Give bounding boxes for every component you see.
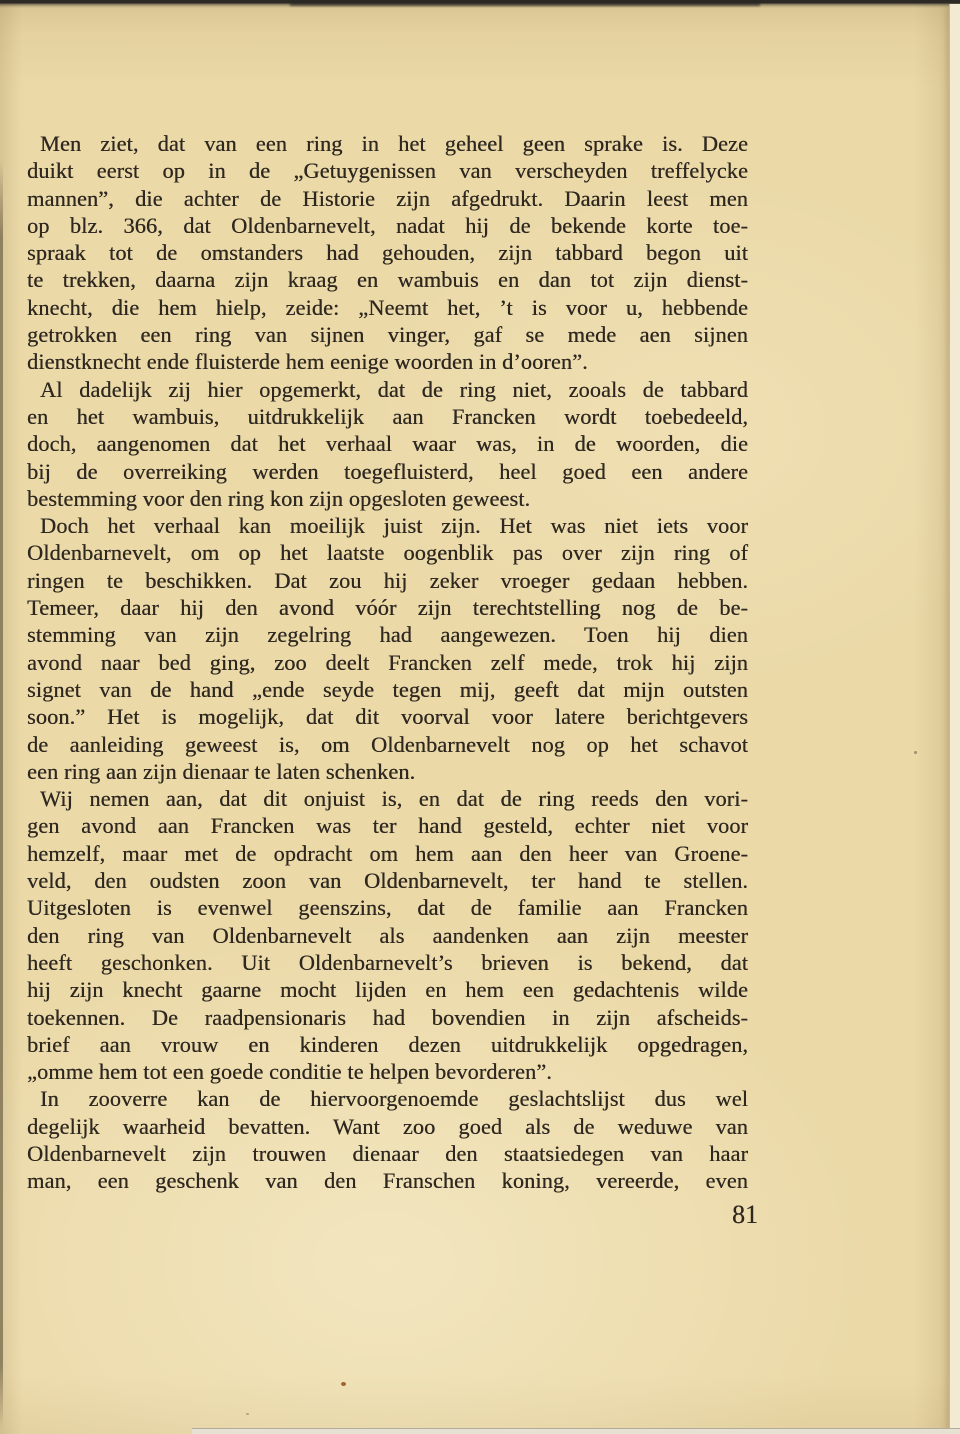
text-line: signet van de hand „ende seyde tegen mij… (27, 676, 748, 703)
text-line: In zooverre kan de hiervoorgenoemde gesl… (27, 1085, 748, 1112)
text-line: Doch het verhaal kan moeilijk juist zijn… (27, 512, 748, 539)
text-line: Temeer, daar hij den avond vóór zijn ter… (27, 594, 748, 621)
page-right-edge (949, 4, 960, 1434)
text-line: bestemming voor den ring kon zijn opgesl… (27, 485, 748, 512)
text-line: soon.” Het is mogelijk, dat dit voorval … (27, 703, 748, 730)
text-line: bij de overreiking werden toegefluisterd… (27, 458, 748, 485)
scan-top-edge (0, 0, 960, 8)
text-line: en het wambuis, uitdrukkelijk aan Franck… (27, 403, 748, 430)
text-line: gen avond aan Francken was ter hand gest… (27, 812, 748, 839)
text-line: Uitgesloten is evenwel geenszins, dat de… (27, 894, 748, 921)
paper-speck (341, 1382, 346, 1386)
text-line: den ring van Oldenbarnevelt als aandenke… (27, 922, 748, 949)
text-line: ringen te beschikken. Dat zou hij zeker … (27, 567, 748, 594)
text-line: degelijk waarheid bevatten. Want zoo goe… (27, 1113, 748, 1140)
text-line: veld, den oudsten zoon van Oldenbarnevel… (27, 867, 748, 894)
text-line: avond naar bed ging, zoo deelt Francken … (27, 649, 748, 676)
text-line: te trekken, daarna zijn kraag en wambuis… (27, 266, 748, 293)
page-bottom-edge (192, 1428, 960, 1434)
text-line: getrokken een ring van sijnen vinger, ga… (27, 321, 748, 348)
text-line: duikt eerst op in de „Getuygenissen van … (27, 157, 748, 184)
text-line: Al dadelijk zij hier opgemerkt, dat de r… (27, 376, 748, 403)
text-line: de aanleiding geweest is, om Oldenbarnev… (27, 731, 748, 758)
text-line: Men ziet, dat van een ring in het geheel… (27, 130, 748, 157)
text-line: hemzelf, maar met de opdracht om hem aan… (27, 840, 748, 867)
page-number: 81 (27, 1201, 758, 1229)
text-line: op blz. 366, dat Oldenbarnevelt, nadat h… (27, 212, 748, 239)
paper-speck (914, 751, 917, 754)
body-text: Men ziet, dat van een ring in het geheel… (27, 130, 748, 1195)
text-line: spraak tot de omstanders had gehouden, z… (27, 239, 748, 266)
text-line: toekennen. De raadpensionaris had bovend… (27, 1004, 748, 1031)
text-line: stemming van zijn zegelring had aangewez… (27, 621, 748, 648)
text-line: hij zijn knecht gaarne mocht lijden en h… (27, 976, 748, 1003)
paper-speck (246, 1413, 249, 1415)
text-line: een ring aan zijn dienaar te laten schen… (27, 758, 748, 785)
text-line: mannen”, die achter de Historie zijn afg… (27, 185, 748, 212)
text-line: dienstknecht ende fluisterde hem eenige … (27, 348, 748, 375)
text-line: Oldenbarnevelt zijn trouwen dienaar den … (27, 1140, 748, 1167)
text-line: heeft geschonken. Uit Oldenbarnevelt’s b… (27, 949, 748, 976)
text-line: doch, aangenomen dat het verhaal waar wa… (27, 430, 748, 457)
text-line: Oldenbarnevelt, om op het laatste oogenb… (27, 539, 748, 566)
scanned-page: Men ziet, dat van een ring in het geheel… (0, 0, 960, 1434)
text-line: knecht, die hem hielp, zeide: „Neemt het… (27, 294, 748, 321)
page-left-edge-shadow (0, 160, 3, 1428)
text-line: man, een geschenk van den Franschen koni… (27, 1167, 748, 1194)
text-line: Wij nemen aan, dat dit onjuist is, en da… (27, 785, 748, 812)
text-line: brief aan vrouw en kinderen dezen uitdru… (27, 1031, 748, 1058)
text-line: „omme hem tot een goede conditie te help… (27, 1058, 748, 1085)
